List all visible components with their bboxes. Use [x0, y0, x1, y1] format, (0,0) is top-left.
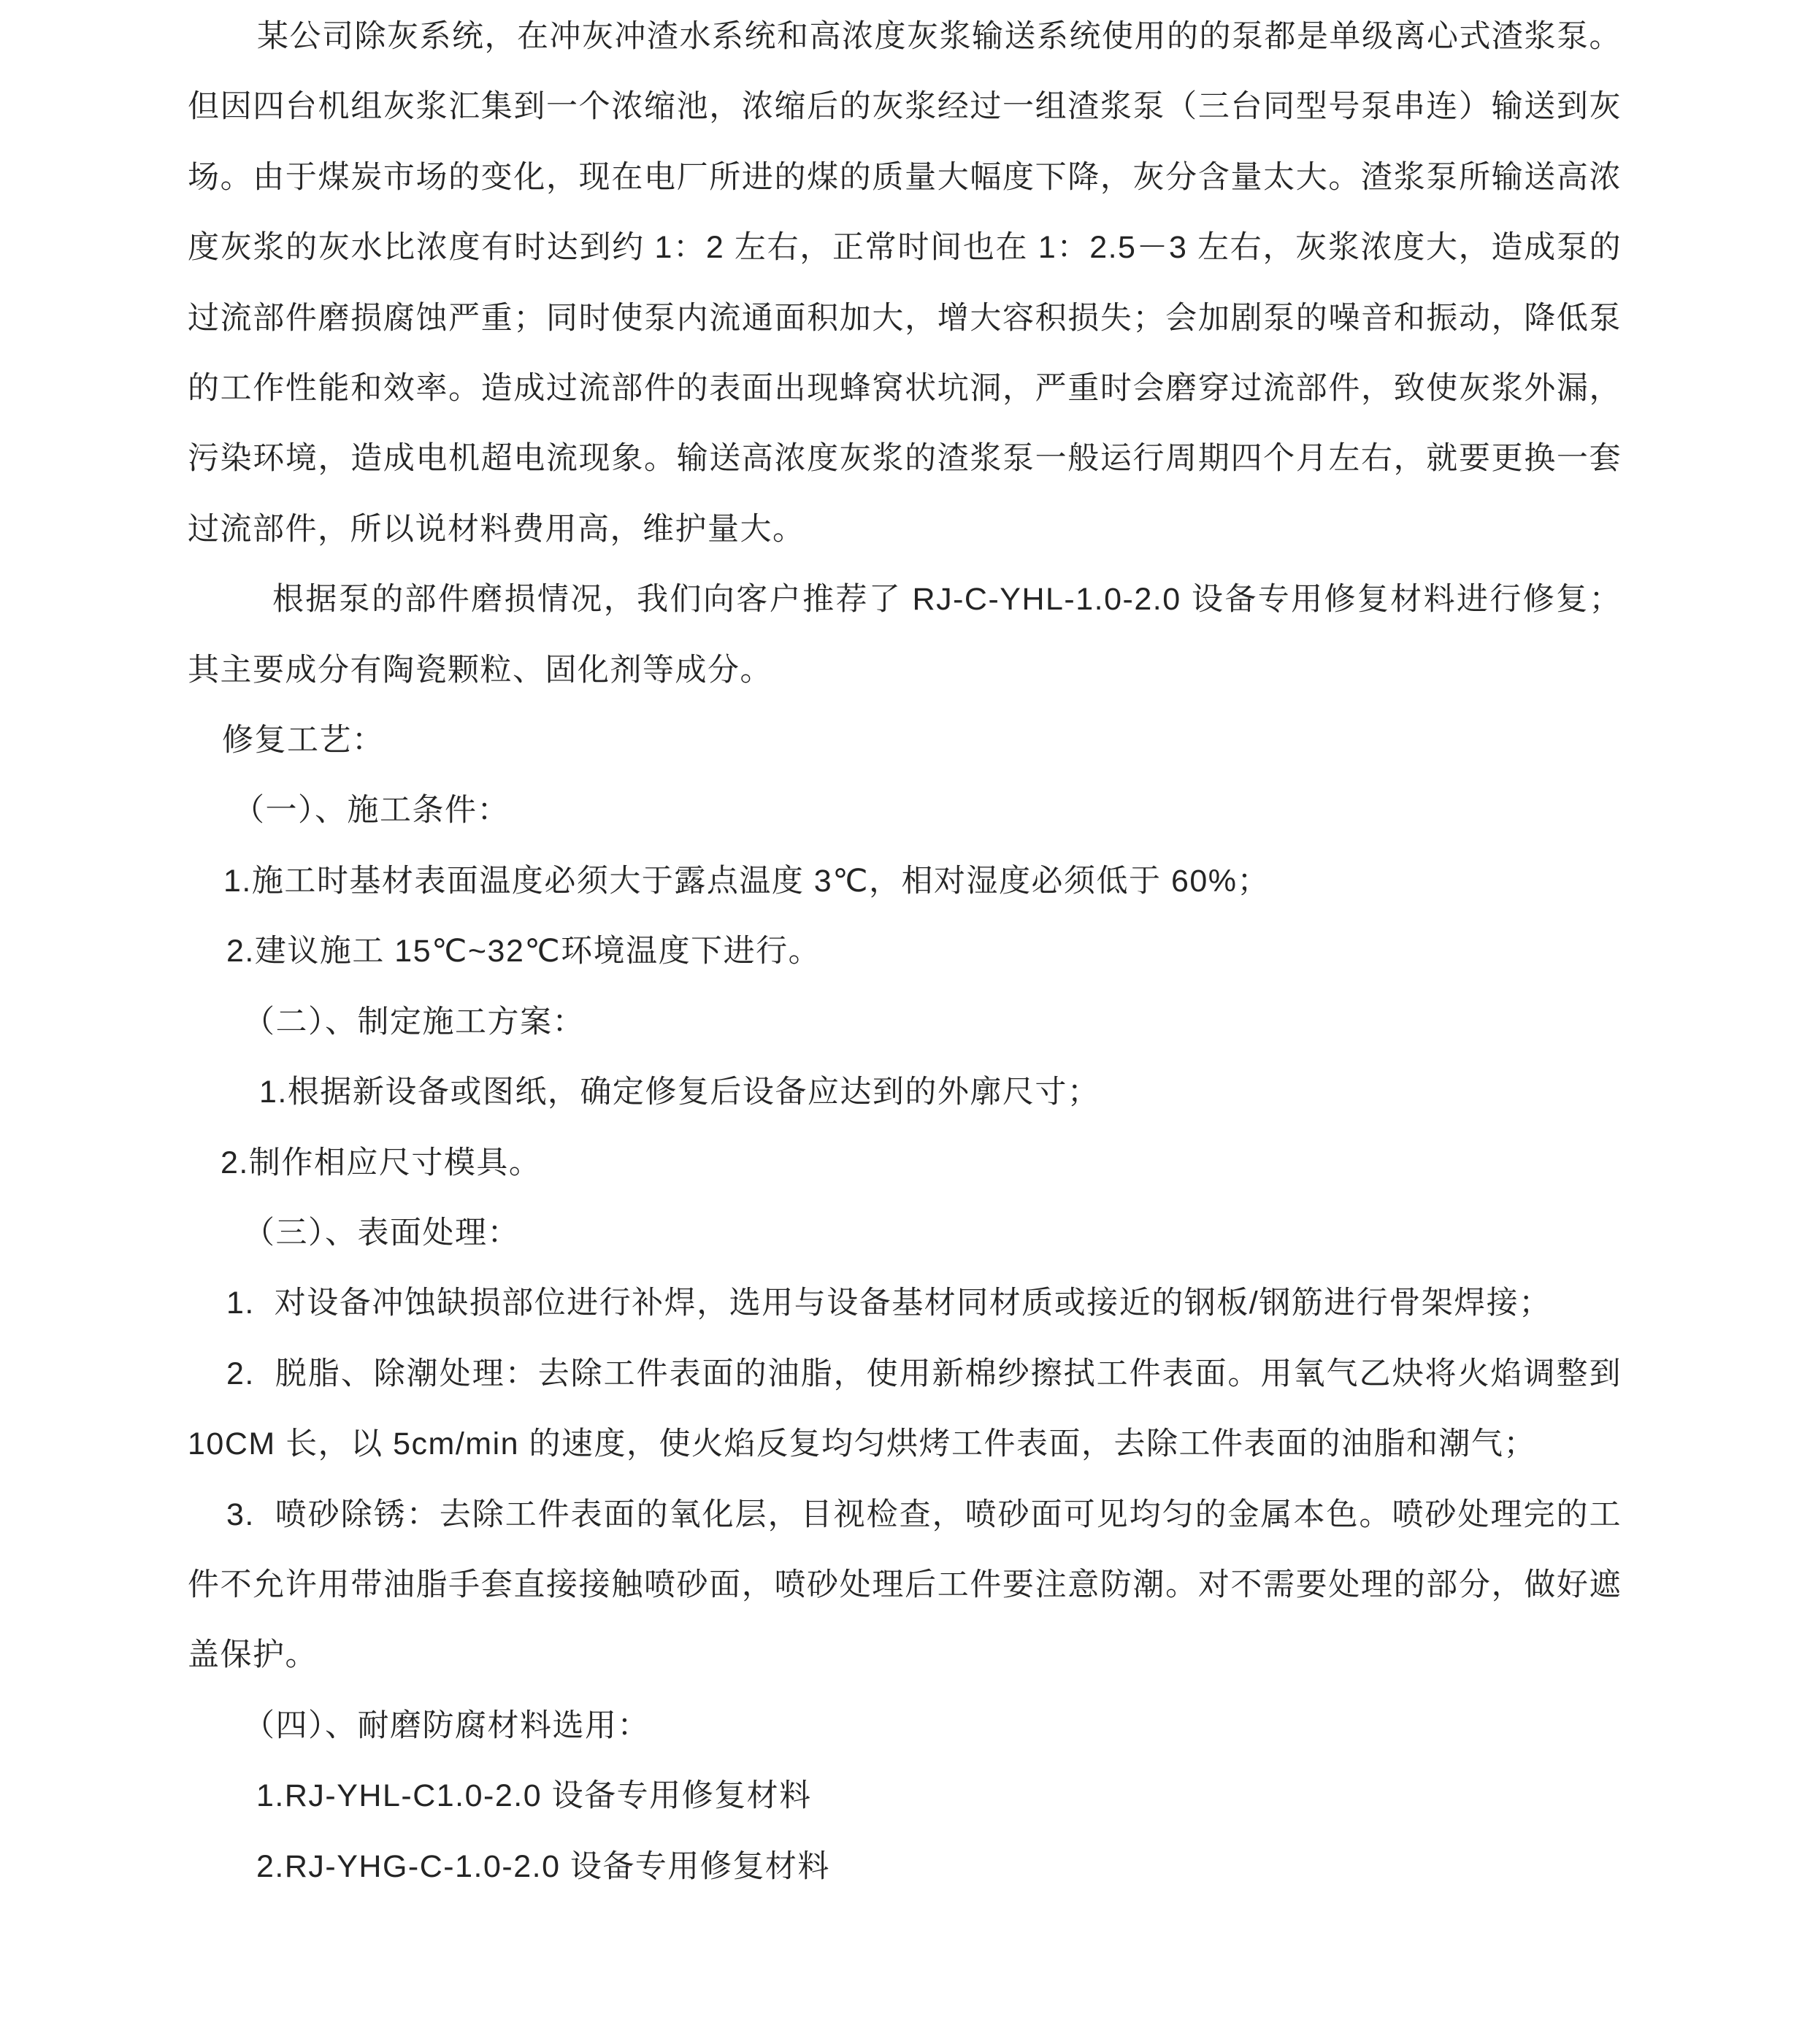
item-2-2: 2.制作相应尺寸模具。: [188, 1128, 1622, 1198]
item-2-1: 1.根据新设备或图纸，确定修复后设备应达到的外廓尺寸；: [188, 1057, 1622, 1127]
para-intro: 某公司除灰系统，在冲灰冲渣水系统和高浓度灰浆输送系统使用的的泵都是单级离心式渣浆…: [188, 1, 1622, 564]
item-3-1: 1. 对设备冲蚀缺损部位进行补焊，选用与设备基材同材质或接近的钢板/钢筋进行骨架…: [188, 1268, 1622, 1338]
para-recommendation: 根据泵的部件磨损情况，我们向客户推荐了 RJ-C-YHL-1.0-2.0 设备专…: [188, 564, 1622, 705]
heading-section-2: （二）、制定施工方案：: [188, 987, 1622, 1057]
item-1-2: 2.建议施工 15℃~32℃环境温度下进行。: [188, 916, 1622, 986]
heading-section-1: （一）、施工条件：: [188, 775, 1622, 845]
item-3-3: 3. 喷砂除锈：去除工件表面的氧化层，目视检查，喷砂面可见均匀的金属本色。喷砂处…: [188, 1480, 1622, 1691]
item-4-1: 1.RJ-YHL-C1.0-2.0 设备专用修复材料: [188, 1761, 1622, 1831]
heading-section-3: （三）、表面处理：: [188, 1198, 1622, 1268]
item-3-2: 2. 脱脂、除潮处理：去除工件表面的油脂，使用新棉纱擦拭工件表面。用氧气乙炔将火…: [188, 1339, 1622, 1480]
heading-repair-process: 修复工艺：: [188, 705, 1622, 775]
document-body: 某公司除灰系统，在冲灰冲渣水系统和高浓度灰浆输送系统使用的的泵都是单级离心式渣浆…: [188, 1, 1622, 1902]
item-4-2: 2.RJ-YHG-C-1.0-2.0 设备专用修复材料: [188, 1832, 1622, 1902]
item-1-1: 1.施工时基材表面温度必须大于露点温度 3℃，相对湿度必须低于 60%；: [188, 846, 1622, 916]
document-page: 某公司除灰系统，在冲灰冲渣水系统和高浓度灰浆输送系统使用的的泵都是单级离心式渣浆…: [0, 0, 1810, 2044]
heading-section-4: （四）、耐磨防腐材料选用：: [188, 1691, 1622, 1761]
